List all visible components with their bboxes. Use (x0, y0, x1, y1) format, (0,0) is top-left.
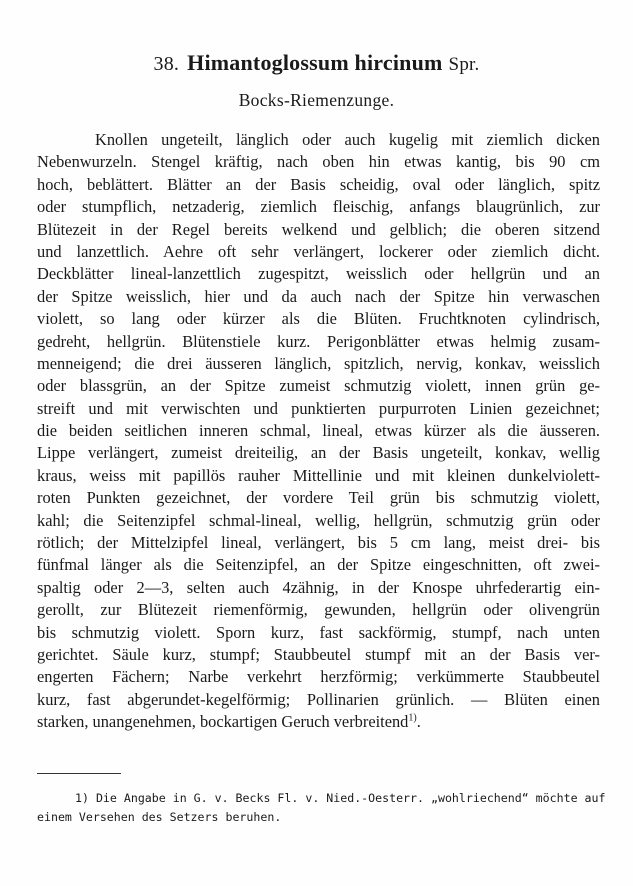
text-line: rötlich; der Mittelzipfel lineal, verlän… (37, 532, 600, 554)
text-line: oder blassgrün, an der Spitze zumeist sc… (37, 375, 600, 397)
text-line: Nebenwurzeln. Stengel kräftig, nach oben… (37, 151, 600, 173)
species-author: Spr. (449, 54, 480, 75)
book-page: 38.Himantoglossum hircinumSpr. Bocks-Rie… (0, 0, 633, 886)
text-line-last: starken, unangenehmen, bockartigen Geruc… (37, 711, 600, 733)
text-line: roten Punkten gezeichnet, der vordere Te… (37, 487, 600, 509)
footnote: 1) Die Angabe in G. v. Becks Fl. v. Nied… (37, 789, 600, 827)
text-line: streift und mit verwischten und punktier… (37, 398, 600, 420)
text-line: gerichtet. Säule kurz, stumpf; Staubbeut… (37, 644, 600, 666)
text-line: kahl; die Seitenzipfel schmal-lineal, we… (37, 510, 600, 532)
text-line: gerollt, zur Blütezeit riemenförmig, gew… (37, 599, 600, 621)
text-line: der Spitze weisslich, hier und da auch n… (37, 286, 600, 308)
text-line: fünfmal länger als die Seitenzipfel, an … (37, 554, 600, 576)
text-line: kraus, weiss mit papillös rauher Mittell… (37, 465, 600, 487)
text-line: Blütezeit in der Regel bereits welkend u… (37, 219, 600, 241)
text-line: bis schmutzig violett. Sporn kurz, fast … (37, 622, 600, 644)
text-line: oder stumpflich, netzaderig, ziemlich fl… (37, 196, 600, 218)
text-line: die beiden seitlichen inneren schmal, li… (37, 420, 600, 442)
text-line: gedreht, hellgrün. Blütenstiele kurz. Pe… (37, 331, 600, 353)
species-number: 38. (154, 53, 180, 75)
text-line: hoch, beblättert. Blätter an der Basis s… (37, 174, 600, 196)
text-line: kurz, fast abgerundet-kegelförmig; Polli… (37, 689, 600, 711)
footnote-separator (37, 773, 121, 774)
text-line: Deckblätter lineal-lanzettlich zugespitz… (37, 263, 600, 285)
text-line: Lippe verlängert, zumeist dreiteilig, an… (37, 442, 600, 464)
footnote-reference: 1) (408, 713, 416, 724)
description-paragraph: Knollen ungeteilt, länglich oder auch ku… (37, 129, 600, 734)
text-line: engerten Fächern; Narbe verkehrt herzför… (37, 666, 600, 688)
text-line: Knollen ungeteilt, länglich oder auch ku… (37, 129, 600, 151)
footnote-line: einem Versehen des Setzers beruhen. (37, 808, 600, 827)
text-line-content: starken, unangenehmen, bockartigen Geruc… (37, 712, 408, 731)
text-line: spaltig oder 2—3, selten auch 4zähnig, i… (37, 577, 600, 599)
footnote-line: 1) Die Angabe in G. v. Becks Fl. v. Nied… (37, 789, 600, 808)
species-name: Himantoglossum hircinum (187, 50, 442, 75)
text-line: und lanzettlich. Aehre oft sehr verlänge… (37, 241, 600, 263)
species-heading: 38.Himantoglossum hircinumSpr. (0, 50, 633, 76)
text-line: violett, so lang oder kürzer als die Blü… (37, 308, 600, 330)
text-line: menneigend; die drei äusseren länglich, … (37, 353, 600, 375)
common-name: Bocks-Riemenzunge. (0, 90, 633, 111)
